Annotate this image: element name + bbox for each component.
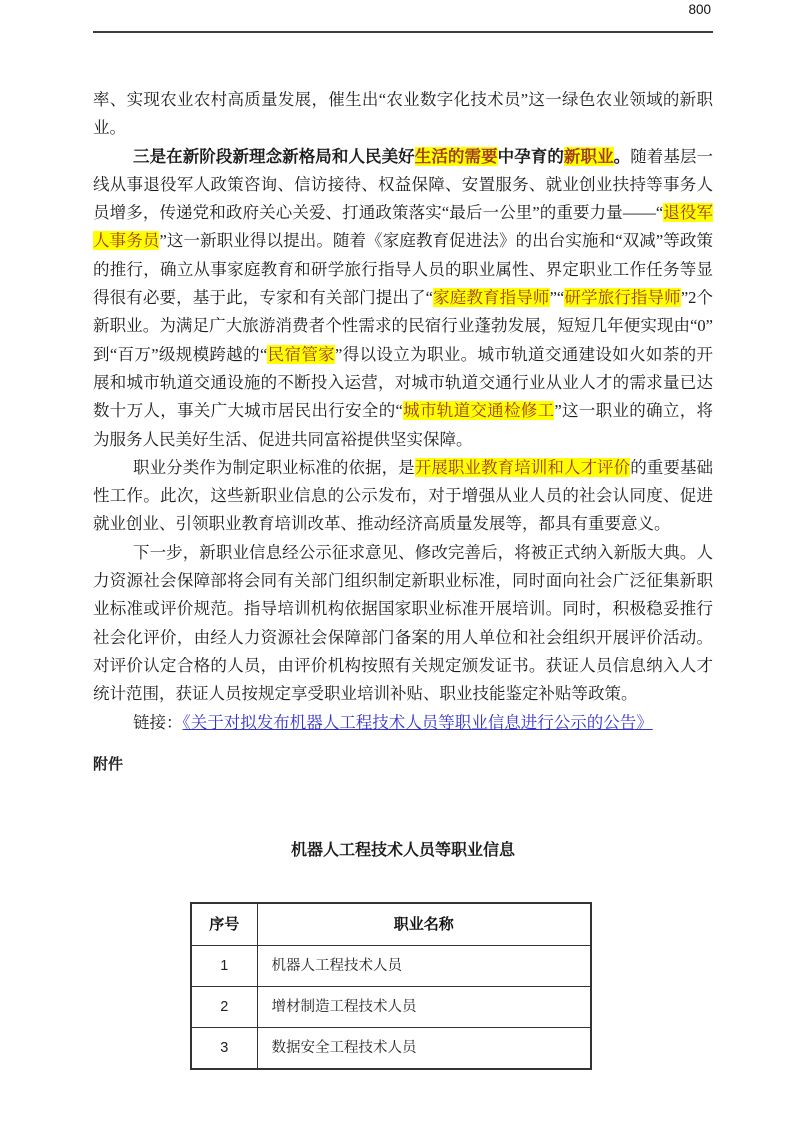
table-row: 3 数据安全工程技术人员: [191, 1028, 591, 1070]
highlighted-term: 研学旅行指导师: [564, 288, 681, 307]
link-label: 链接：: [133, 713, 183, 732]
text-run: 下一步，新职业信息经公示征求意见、修改完善后，将被正式纳入新版大典。人力资源社会…: [93, 543, 713, 703]
cell-index: 1: [191, 946, 257, 987]
text-run: 职业分类作为制定职业标准的依据，是: [133, 458, 415, 477]
link-line: 链接：《关于对拟发布机器人工程技术人员等职业信息进行公示的公告》: [93, 709, 713, 737]
cell-occupation: 增材制造工程技术人员: [257, 987, 591, 1028]
col-header-index: 序号: [191, 903, 257, 946]
bold-lead-run: 三是在新阶段新理念新格局和人民美好: [133, 147, 415, 166]
paragraph-new-occupations: 三是在新阶段新理念新格局和人民美好生活的需要中孕育的新职业。随着基层一线从事退役…: [93, 143, 713, 454]
highlighted-term: 新职业: [564, 147, 614, 166]
highlighted-term: 家庭教育指导师: [433, 288, 550, 307]
highlighted-term: 民宿管家: [267, 345, 335, 364]
page-number: 800: [688, 2, 711, 17]
bold-lead-run: 中孕育的: [498, 147, 564, 166]
table-row: 1 机器人工程技术人员: [191, 946, 591, 987]
occupations-table: 序号 职业名称 1 机器人工程技术人员 2 增材制造工程技术人员 3 数据安全工…: [190, 902, 592, 1070]
col-header-occupation: 职业名称: [257, 903, 591, 946]
table-title: 机器人工程技术人员等职业信息: [93, 837, 713, 865]
document-body: 率、实现农业农村高质量发展，催生出“农业数字化技术员”这一绿色农业领域的新职业。…: [93, 86, 713, 1070]
cell-index: 3: [191, 1028, 257, 1070]
highlighted-term: 生活的需要: [415, 147, 498, 166]
cell-occupation: 数据安全工程技术人员: [257, 1028, 591, 1070]
cell-index: 2: [191, 987, 257, 1028]
highlighted-term: 开展职业教育培训和人才评价: [415, 458, 630, 477]
document-page: { "page": { "number": "800" }, "colors":…: [0, 0, 793, 1122]
attachment-label: 附件: [93, 751, 713, 779]
paragraph-classification: 职业分类作为制定职业标准的依据，是开展职业教育培训和人才评价的重要基础性工作。此…: [93, 454, 713, 539]
highlighted-term: 城市轨道交通检修工: [403, 401, 555, 420]
paragraph-next-steps: 下一步，新职业信息经公示征求意见、修改完善后，将被正式纳入新版大典。人力资源社会…: [93, 539, 713, 709]
text-run: 率、实现农业农村高质量发展，催生出“农业数字化技术员”这一绿色农业领域的新职业。: [93, 90, 713, 137]
paragraph-continuation: 率、实现农业农村高质量发展，催生出“农业数字化技术员”这一绿色农业领域的新职业。: [93, 86, 713, 143]
header-divider: [93, 31, 713, 33]
bold-lead-run: 。: [614, 147, 631, 166]
cell-occupation: 机器人工程技术人员: [257, 946, 591, 987]
text-run: ”“: [550, 288, 565, 307]
table-header-row: 序号 职业名称: [191, 903, 591, 946]
table-row: 2 增材制造工程技术人员: [191, 987, 591, 1028]
announcement-link[interactable]: 《关于对拟发布机器人工程技术人员等职业信息进行公示的公告》: [183, 713, 653, 732]
